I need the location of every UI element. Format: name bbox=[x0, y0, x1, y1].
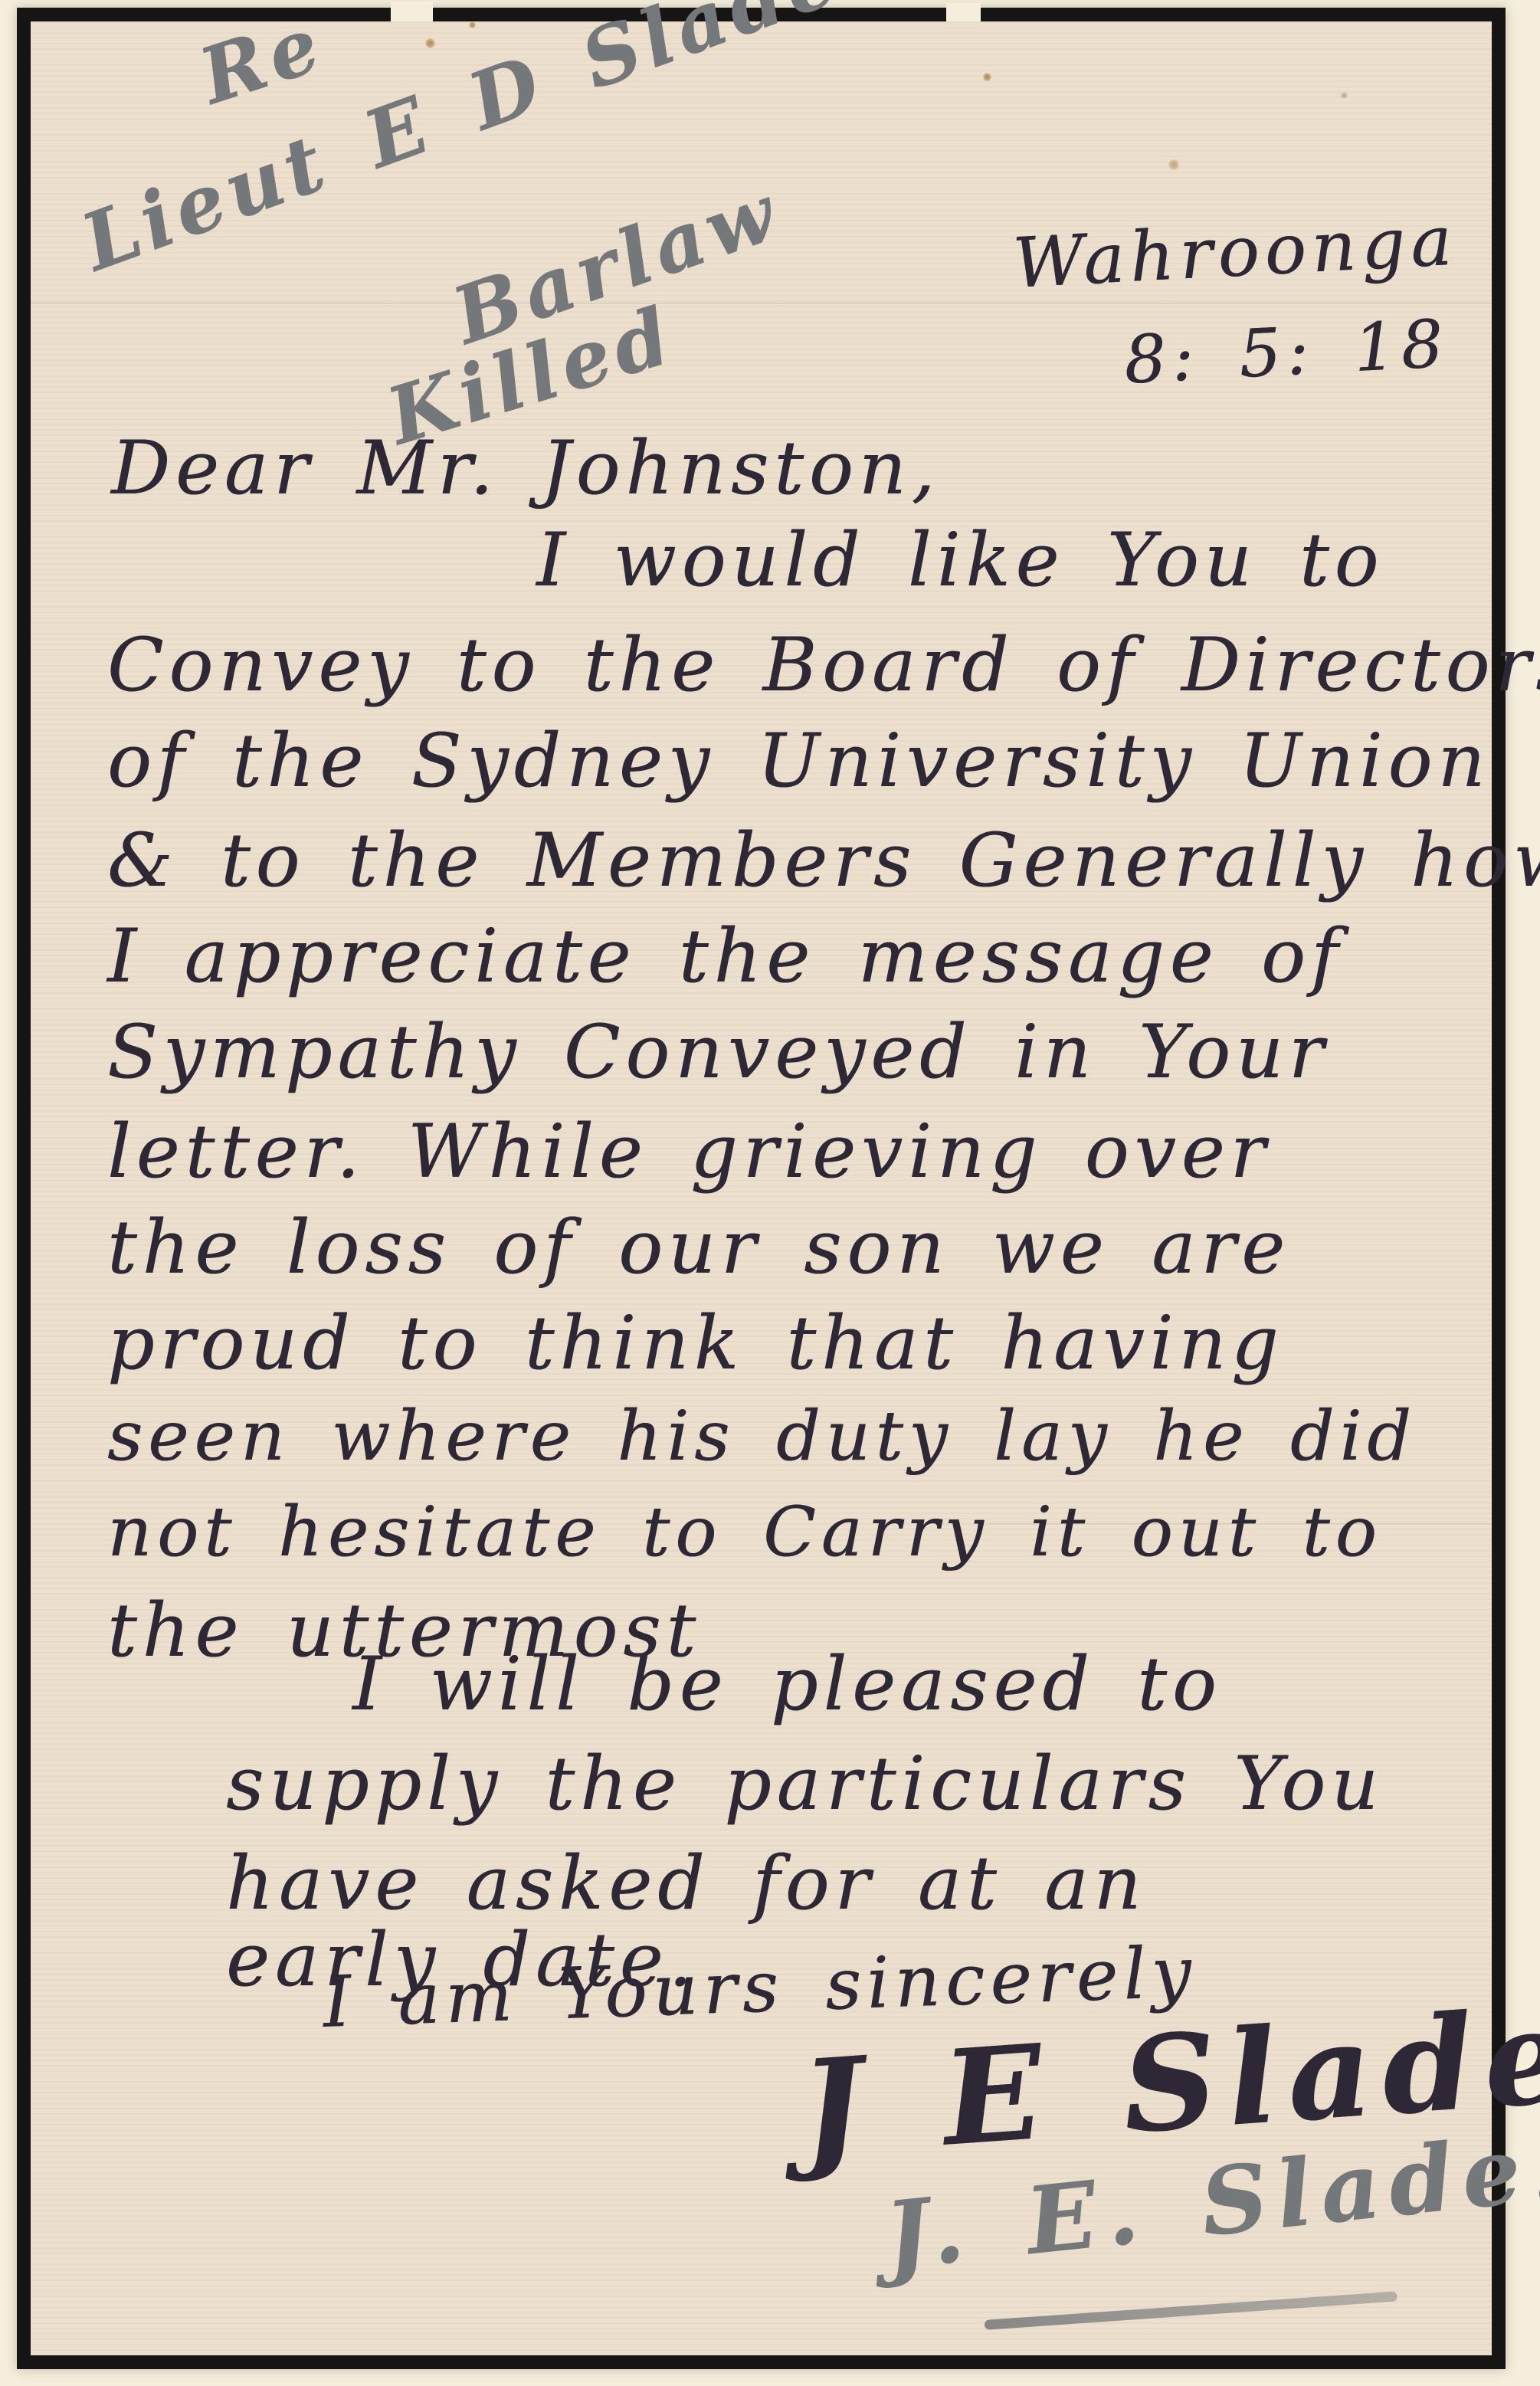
scanned-letter: { "document": { "kind": "Handwritten con… bbox=[0, 0, 1540, 2386]
signature-underline-flourish bbox=[985, 2291, 1398, 2330]
paper-tear bbox=[946, 3, 981, 21]
foxing-spot bbox=[983, 73, 991, 81]
letter-place: Wahroonga bbox=[1011, 207, 1459, 299]
body-line: supply the particulars You bbox=[226, 1747, 1384, 1821]
fold-crease bbox=[31, 303, 1492, 305]
letter-date: 8: 5: 18 bbox=[1122, 311, 1450, 394]
body-line: have asked for at an bbox=[226, 1847, 1146, 1920]
pencil-annotation-line: Re bbox=[192, 4, 333, 115]
body-line: proud to think that having bbox=[107, 1306, 1283, 1380]
paper-tear bbox=[391, 2, 433, 21]
foxing-spot bbox=[1168, 159, 1179, 170]
foxing-spot bbox=[1341, 92, 1348, 99]
body-line: I appreciate the message of bbox=[107, 919, 1343, 993]
body-line: seen where his duty lay he did bbox=[107, 1402, 1417, 1471]
body-line: the loss of our son we are bbox=[107, 1211, 1290, 1284]
foxing-spot bbox=[425, 38, 435, 48]
body-line: I would like You to bbox=[536, 523, 1384, 597]
body-line: not hesitate to Carry it out to bbox=[107, 1498, 1382, 1567]
body-line: letter. While grieving over bbox=[107, 1115, 1270, 1188]
salutation: Dear Mr. Johnston, bbox=[111, 431, 940, 505]
letter-page: Re Lieut E D Slade Barlaw Killed Wahroon… bbox=[17, 8, 1506, 2369]
foxing-spot bbox=[469, 21, 476, 28]
body-line: of the Sydney University Union bbox=[107, 724, 1490, 798]
body-line: Sympathy Conveyed in Your bbox=[107, 1015, 1329, 1089]
body-line: I will be pleased to bbox=[352, 1647, 1222, 1721]
body-line: Convey to the Board of Directors bbox=[107, 628, 1540, 702]
body-line: & to the Members Generally how bbox=[107, 824, 1540, 897]
